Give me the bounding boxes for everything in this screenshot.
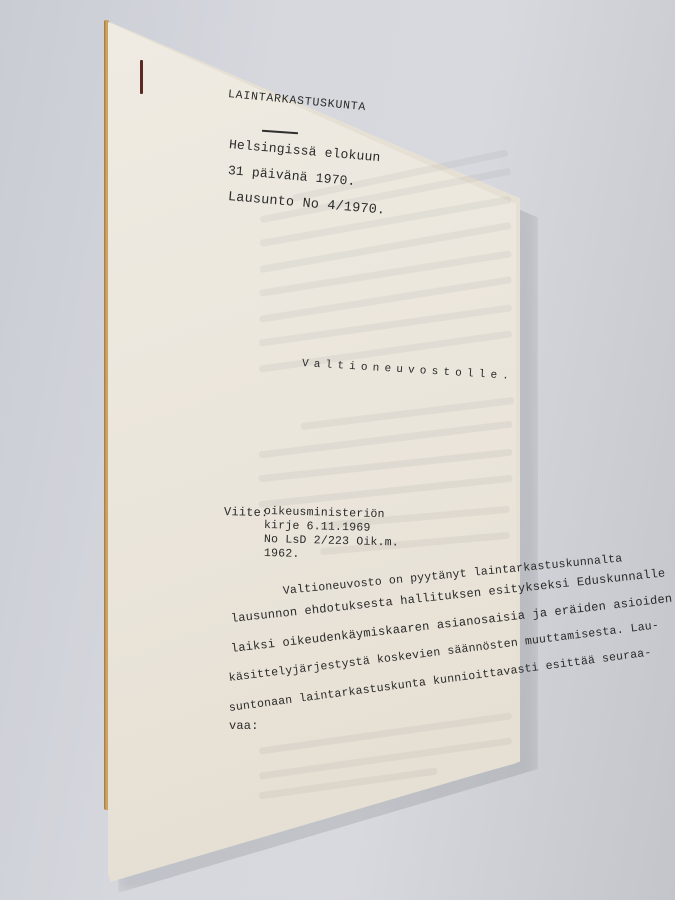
reference-line: 1962. [264,547,300,561]
reference-label: Viite: [224,505,269,520]
organization-name: LAINTARKASTUSKUNTA [227,88,366,114]
typewritten-text: LAINTARKASTUSKUNTA Helsingissä elokuun 3… [0,0,675,900]
header-rule [262,130,298,135]
statement-number: Lausunto No 4/1970. [227,190,385,219]
reference-line: kirje 6.11.1969 [264,519,371,535]
place-line: Helsingissä elokuun [228,137,381,165]
photo-scene: LAINTARKASTUSKUNTA Helsingissä elokuun 3… [0,0,675,900]
body-line: vaa: [229,719,259,733]
date-line: 31 päivänä 1970. [227,163,356,189]
addressee: Valtioneuvostolle. [302,358,515,383]
